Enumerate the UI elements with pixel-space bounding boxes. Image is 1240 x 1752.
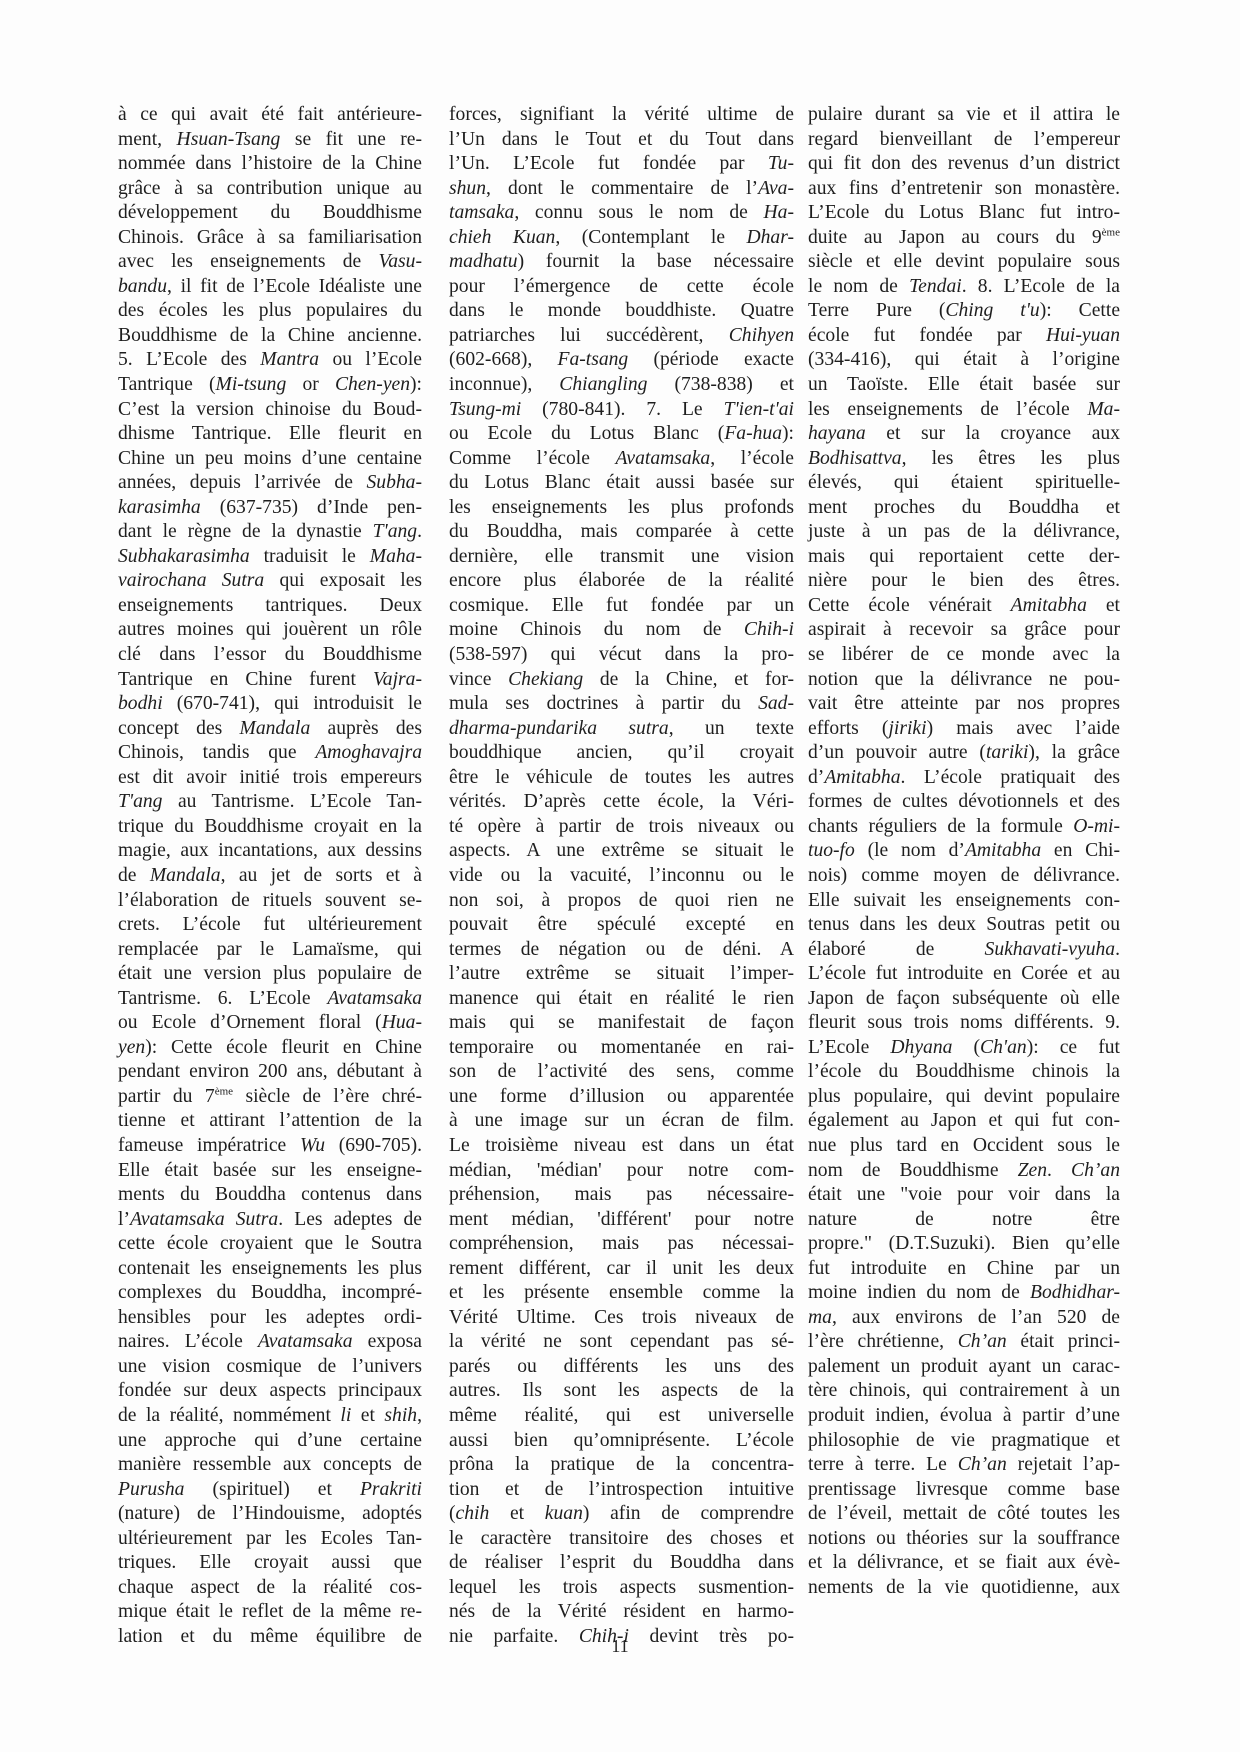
text-line: nés de la Vérité résident en harmo- (449, 1600, 794, 1625)
text-line: ultérieurement par les Ecoles Tan- (118, 1527, 422, 1552)
text-line: yen): Cette école fleurit en Chine (118, 1036, 422, 1061)
text-line: aspirait à recevoir sa grâce pour (808, 618, 1120, 643)
text-line: L’Ecole Dhyana (Ch'an): ce fut (808, 1036, 1120, 1061)
text-line: l’élaboration de rituels souvent se- (118, 889, 422, 914)
text-line: Chinois. Grâce à sa familiarisation (118, 226, 422, 251)
text-line: Cette école vénérait Amitabha et (808, 594, 1120, 619)
text-line: dant le règne de la dynastie T'ang. (118, 520, 422, 545)
text-line: L’école fut introduite en Corée et au (808, 962, 1120, 987)
text-line: cosmique. Elle fut fondée par un (449, 594, 794, 619)
text-line: prentissage livresque comme base (808, 1478, 1120, 1503)
text-line: Japon de façon subséquente où elle (808, 987, 1120, 1012)
text-line: nature de notre être (808, 1208, 1120, 1233)
text-line: ou Ecole d’Ornement floral (Hua- (118, 1011, 422, 1036)
text-line: l’autre extrême se situait l’imper- (449, 962, 794, 987)
text-line: autres moines qui jouèrent un rôle (118, 618, 422, 643)
text-line: juste à un pas de la délivrance, (808, 520, 1120, 545)
text-line: madhatu) fournit la base nécessaire (449, 250, 794, 275)
text-line: moine Chinois du nom de Chih-i (449, 618, 794, 643)
text-line: cette école croyaient que le Soutra (118, 1232, 422, 1257)
text-line: de l’éveil, mettait de côté toutes les (808, 1502, 1120, 1527)
text-line: était une version plus populaire de (118, 962, 422, 987)
text-line: bouddhique ancien, qu’il croyait (449, 741, 794, 766)
text-line: encore plus élaborée de la réalité (449, 569, 794, 594)
text-line: enseignements tantriques. Deux (118, 594, 422, 619)
text-line: T'ang au Tantrisme. L’Ecole Tan- (118, 790, 422, 815)
text-line: termes de négation ou de déni. A (449, 938, 794, 963)
text-line: forces, signifiant la vérité ultime de (449, 103, 794, 128)
text-line: le caractère transitoire des choses et (449, 1527, 794, 1552)
text-line: fleurit sous trois noms différents. 9. (808, 1011, 1120, 1036)
text-line: les enseignements les plus profonds (449, 496, 794, 521)
text-line: inconnue), Chiangling (738-838) et (449, 373, 794, 398)
text-line: fameuse impératrice Wu (690-705). (118, 1134, 422, 1159)
text-line: une vision cosmique de l’univers (118, 1355, 422, 1380)
text-line: aussi bien qu’omniprésente. L’école (449, 1429, 794, 1454)
text-line: palement un produit ayant un carac- (808, 1355, 1120, 1380)
text-line: nommée dans l’histoire de la Chine (118, 152, 422, 177)
text-line: chieh Kuan, (Contemplant le Dhar- (449, 226, 794, 251)
text-line: fondée sur deux aspects principaux (118, 1379, 422, 1404)
text-line: partir du 7ème siècle de l’ère chré- (118, 1085, 422, 1110)
text-line: manière ressemble aux concepts de (118, 1453, 422, 1478)
text-line: tuo-fo (le nom d’Amitabha en Chi- (808, 839, 1120, 864)
text-line: rement différent, car il unit les deux (449, 1257, 794, 1282)
text-column-right: pulaire durant sa vie et il attira lereg… (808, 103, 1120, 1600)
text-line: Purusha (spirituel) et Prakriti (118, 1478, 422, 1503)
text-line: tère chinois, qui contrairement à un (808, 1379, 1120, 1404)
text-line: nom de Bouddhisme Zen. Ch’an (808, 1159, 1120, 1184)
text-line: développement du Bouddhisme (118, 201, 422, 226)
text-line: lequel les trois aspects susmention- (449, 1576, 794, 1601)
text-line: mique était le reflet de la même re- (118, 1600, 422, 1625)
text-line: avec les enseignements de Vasu- (118, 250, 422, 275)
text-line: de la réalité, nommément li et shih, (118, 1404, 422, 1429)
text-line: le nom de Tendai. 8. L’Ecole de la (808, 275, 1120, 300)
text-line: même réalité, qui est universelle (449, 1404, 794, 1429)
text-line: son de l’activité des sens, comme (449, 1060, 794, 1085)
text-line: et les présente ensemble comme la (449, 1281, 794, 1306)
text-line: (chih et kuan) afin de comprendre (449, 1502, 794, 1527)
text-line: être le véhicule de toutes les autres (449, 766, 794, 791)
text-line: Subhakarasimha traduisit le Maha- (118, 545, 422, 570)
text-line: hensibles pour les adeptes ordi- (118, 1306, 422, 1331)
text-line: remplacée par le Lamaïsme, qui (118, 938, 422, 963)
text-line: du Bouddha, mais comparée à cette (449, 520, 794, 545)
text-line: (334-416), qui était à l’origine (808, 348, 1120, 373)
text-line: C’est la version chinoise du Boud- (118, 398, 422, 423)
text-line: bodhi (670-741), qui introduisit le (118, 692, 422, 717)
text-line: dans le monde bouddhiste. Quatre (449, 299, 794, 324)
text-line: les enseignements de l’école Ma- (808, 398, 1120, 423)
text-line: mais qui se manifestait de façon (449, 1011, 794, 1036)
text-line: également au Japon et qui fut con- (808, 1109, 1120, 1134)
text-line: l’Avatamsaka Sutra. Les adeptes de (118, 1208, 422, 1233)
text-line: vait être atteinte par nos propres (808, 692, 1120, 717)
text-line: la vérité ne sont cependant pas sé- (449, 1330, 794, 1355)
text-line: lation et du même équilibre de (118, 1625, 422, 1650)
text-line: magie, aux incantations, aux dessins (118, 839, 422, 864)
text-line: Comme l’école Avatamsaka, l’école (449, 447, 794, 472)
text-line: Bouddhisme de la Chine ancienne. (118, 324, 422, 349)
text-line: d’Amitabha. L’école pratiquait des (808, 766, 1120, 791)
text-line: l’ère chrétienne, Ch’an était princi- (808, 1330, 1120, 1355)
text-line: des écoles les plus populaires du (118, 299, 422, 324)
text-line: temporaire ou momentanée en rai- (449, 1036, 794, 1061)
text-line: concept des Mandala auprès des (118, 717, 422, 742)
text-line: parés ou différents les uns des (449, 1355, 794, 1380)
text-line: Vérité Ultime. Ces trois niveaux de (449, 1306, 794, 1331)
text-line: mula ses doctrines à partir du Sad- (449, 692, 794, 717)
text-line: à une image sur un écran de film. (449, 1109, 794, 1134)
text-line: 5. L’Ecole des Mantra ou l’Ecole (118, 348, 422, 373)
text-line: se libérer de ce monde avec la (808, 643, 1120, 668)
text-line: trique du Bouddhisme croyait en la (118, 815, 422, 840)
text-line: complexes du Bouddha, incompré- (118, 1281, 422, 1306)
text-line: Elle était basée sur les enseigne- (118, 1159, 422, 1184)
text-column-middle: forces, signifiant la vérité ultime del’… (449, 103, 794, 1649)
text-line: vairochana Sutra qui exposait les (118, 569, 422, 594)
text-line: notion que la délivrance ne pou- (808, 668, 1120, 693)
text-line: Tantrique (Mi-tsung or Chen-yen): (118, 373, 422, 398)
text-line: ou Ecole du Lotus Blanc (Fa-hua): (449, 422, 794, 447)
text-line: fut introduite en Chine par un (808, 1257, 1120, 1282)
text-line: duite au Japon au cours du 9ème (808, 226, 1120, 251)
text-line: grâce à sa contribution unique au (118, 177, 422, 202)
text-line: ment, Hsuan-Tsang se fit une re- (118, 128, 422, 153)
text-line: notions ou théories sur la souffrance (808, 1527, 1120, 1552)
text-line: non soi, à propos de quoi rien ne (449, 889, 794, 914)
text-line: pulaire durant sa vie et il attira le (808, 103, 1120, 128)
text-line: propre." (D.T.Suzuki). Bien qu’elle (808, 1232, 1120, 1257)
text-line: d’un pouvoir autre (tariki), la grâce (808, 741, 1120, 766)
text-line: manence qui était en réalité le rien (449, 987, 794, 1012)
text-line: (602-668), Fa-tsang (période exacte (449, 348, 794, 373)
text-line: de réaliser l’esprit du Bouddha dans (449, 1551, 794, 1576)
text-line: (nature) de l’Hindouisme, adoptés (118, 1502, 422, 1527)
text-line: patriarches lui succédèrent, Chihyen (449, 324, 794, 349)
page-number: 11 (600, 1636, 640, 1657)
text-line: tienne et attirant l’attention de la (118, 1109, 422, 1134)
text-line: terre à terre. Le Ch’an rejetait l’ap- (808, 1453, 1120, 1478)
text-line: élevés, qui étaient spirituelle- (808, 471, 1120, 496)
text-line: pendant environ 200 ans, débutant à (118, 1060, 422, 1085)
text-line: ments du Bouddha contenus dans (118, 1183, 422, 1208)
text-line: siècle et elle devint populaire sous (808, 250, 1120, 275)
text-line: moine indien du nom de Bodhidhar- (808, 1281, 1120, 1306)
text-line: triques. Elle croyait aussi que (118, 1551, 422, 1576)
text-line: l’école du Bouddhisme chinois la (808, 1060, 1120, 1085)
text-line: efforts (jiriki) mais avec l’aide (808, 717, 1120, 742)
text-column-left: à ce qui avait été fait antérieure-ment,… (118, 103, 422, 1649)
text-line: l’Un. L’Ecole fut fondée par Tu- (449, 152, 794, 177)
text-line: qui fit don des revenus d’un district (808, 152, 1120, 177)
text-line: dernière, elle transmit une vision (449, 545, 794, 570)
text-line: produit indien, évolua à partir d’une (808, 1404, 1120, 1429)
text-line: nements de la vie quotidienne, aux (808, 1576, 1120, 1601)
text-line: tenus dans les deux Soutras petit ou (808, 913, 1120, 938)
text-line: plus populaire, qui devint populaire (808, 1085, 1120, 1110)
text-line: (538-597) qui vécut dans la pro- (449, 643, 794, 668)
text-line: philosophie de vie pragmatique et (808, 1429, 1120, 1454)
text-line: aspects. A une extrême se situait le (449, 839, 794, 864)
text-line: ment proches du Bouddha et (808, 496, 1120, 521)
text-line: chants réguliers de la formule O-mi- (808, 815, 1120, 840)
text-line: Elle suivait les enseignements con- (808, 889, 1120, 914)
text-line: années, depuis l’arrivée de Subha- (118, 471, 422, 496)
text-line: vérités. D’après cette école, la Véri- (449, 790, 794, 815)
text-line: est dit avoir initié trois empereurs (118, 766, 422, 791)
text-line: aux fins d’entretenir son monastère. (808, 177, 1120, 202)
text-line: té opère à partir de trois niveaux ou (449, 815, 794, 840)
text-line: contenait les enseignements les plus (118, 1257, 422, 1282)
text-line: élaboré de Sukhavati-vyuha. (808, 938, 1120, 963)
text-line: dharma-pundarika sutra, un texte (449, 717, 794, 742)
text-line: Chinois, tandis que Amoghavajra (118, 741, 422, 766)
text-line: du Lotus Blanc était aussi basée sur (449, 471, 794, 496)
text-line: hayana et sur la croyance aux (808, 422, 1120, 447)
text-line: ma, aux environs de l’an 520 de (808, 1306, 1120, 1331)
text-line: Bodhisattva, les êtres les plus (808, 447, 1120, 472)
text-line: un Taoïste. Elle était basée sur (808, 373, 1120, 398)
text-line: prôna la pratique de la concentra- (449, 1453, 794, 1478)
text-line: naires. L’école Avatamsaka exposa (118, 1330, 422, 1355)
text-line: Chine un peu moins d’une centaine (118, 447, 422, 472)
text-line: Le troisième niveau est dans un état (449, 1134, 794, 1159)
text-line: vide ou la vacuité, l’inconnu ou le (449, 864, 794, 889)
text-line: nois) comme moyen de délivrance. (808, 864, 1120, 889)
text-line: bandu, il fit de l’Ecole Idéaliste une (118, 275, 422, 300)
text-line: regard bienveillant de l’empereur (808, 128, 1120, 153)
text-line: ment médian, 'différent' pour notre (449, 1208, 794, 1233)
text-line: préhension, mais pas nécessaire- (449, 1183, 794, 1208)
text-line: L’Ecole du Lotus Blanc fut intro- (808, 201, 1120, 226)
text-line: pouvait être spéculé excepté en (449, 913, 794, 938)
text-line: Tantrisme. 6. L’Ecole Avatamsaka (118, 987, 422, 1012)
text-line: mais qui reportaient cette der- (808, 545, 1120, 570)
text-line: nue plus tard en Occident sous le (808, 1134, 1120, 1159)
text-line: crets. L’école fut ultérieurement (118, 913, 422, 938)
text-line: de Mandala, au jet de sorts et à (118, 864, 422, 889)
document-page: à ce qui avait été fait antérieure-ment,… (0, 0, 1240, 1752)
text-line: shun, dont le commentaire de l’Ava- (449, 177, 794, 202)
text-line: et la délivrance, et se fiait aux évè- (808, 1551, 1120, 1576)
text-line: tion et de l’introspection intuitive (449, 1478, 794, 1503)
text-line: tamsaka, connu sous le nom de Ha- (449, 201, 794, 226)
text-line: une forme d’illusion ou apparentée (449, 1085, 794, 1110)
text-line: pour l’émergence de cette école (449, 275, 794, 300)
text-line: nière pour le bien des êtres. (808, 569, 1120, 594)
text-line: compréhension, mais pas nécessai- (449, 1232, 794, 1257)
text-line: médian, 'médian' pour notre com- (449, 1159, 794, 1184)
text-line: chaque aspect de la réalité cos- (118, 1576, 422, 1601)
text-line: était une "voie pour voir dans la (808, 1183, 1120, 1208)
text-line: autres. Ils sont les aspects de la (449, 1379, 794, 1404)
text-line: Terre Pure (Ching t'u): Cette (808, 299, 1120, 324)
text-line: clé dans l’essor du Bouddhisme (118, 643, 422, 668)
text-line: école fut fondée par Hui-yuan (808, 324, 1120, 349)
text-line: à ce qui avait été fait antérieure- (118, 103, 422, 128)
text-line: karasimha (637-735) d’Inde pen- (118, 496, 422, 521)
text-line: Tantrique en Chine furent Vajra- (118, 668, 422, 693)
text-line: Tsung-mi (780-841). 7. Le T'ien-t'ai (449, 398, 794, 423)
text-line: dhisme Tantrique. Elle fleurit en (118, 422, 422, 447)
text-line: vince Chekiang de la Chine, et for- (449, 668, 794, 693)
text-line: une approche qui d’une certaine (118, 1429, 422, 1454)
text-line: formes de cultes dévotionnels et des (808, 790, 1120, 815)
text-line: l’Un dans le Tout et du Tout dans (449, 128, 794, 153)
